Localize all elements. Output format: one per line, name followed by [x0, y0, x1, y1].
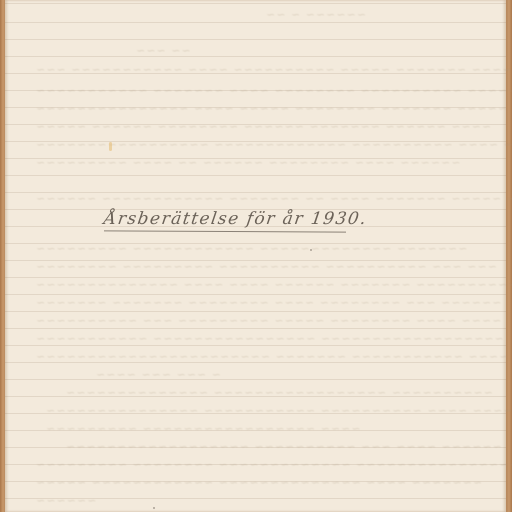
- bleed-through-line: ~~~~~~~~~~~~~~~~ ~~~~~~~~~~~~~ ~~~~~~~~ …: [35, 458, 512, 471]
- bleed-through-line: ~~ ~~~: [135, 44, 191, 57]
- paper-speck: [153, 507, 155, 509]
- bleed-through-line: ~~~~ ~~~~~~ ~~~~~~~ ~~~~~~ ~~~~~~~~ ~~~~…: [35, 120, 491, 133]
- bleed-through-line: ~ ~~~ ~~~ ~~~~: [95, 368, 221, 381]
- bleed-through-line: ~~~~~~~~~~ ~~~~~~~ ~~~~~~ ~~~~ ~~~~ ~~~~…: [35, 278, 512, 291]
- ruled-paper-page: ~~~~~~ ~ ~~ ~~ ~~~ ~~~~~ ~~~~~~~ ~~~~~ ~…: [5, 0, 506, 512]
- bleed-through-line: ~~~~~~~~~~~~~~~~~~ ~~~~~~~~~~~~~~~~ ~~~~…: [35, 332, 504, 345]
- bleed-through-line: ~~~~~ ~~~~~~~ ~~~~~ ~~~~~~~~~~ ~~~~ ~~~~…: [35, 63, 512, 76]
- paper-stain: [109, 142, 112, 151]
- bleed-through-line: ~~~~ ~~~~~ ~~~~~~~ ~~~~ ~~ ~~~~~~~ ~~~~~…: [35, 192, 512, 205]
- bleed-through-line: ~~~~~~ ~~~ ~~~~~~~~ ~~~~ ~~~~~~~~ ~~~~~~…: [35, 296, 501, 309]
- bleed-through-line: ~~ ~~~~ ~~~~~~~~~~ ~~~~~~~~~~~~~ ~~~~~~~…: [35, 138, 512, 151]
- bleed-through-line: ~~~~~ ~~~~~~~~~~ ~~~~~~~~ ~~~~ ~~~~~~~ ~…: [35, 84, 512, 97]
- bleed-through-line: ~~~~~~~ ~~~~ ~~~~~~~~~~~~~~ ~~~~~~~~~~~~…: [35, 476, 482, 489]
- bleed-through-line: ~~~~~~ ~~~~ ~~~ ~~~~~~~~~~ ~~~~~~~~~~~~~…: [65, 440, 502, 453]
- bleed-through-line: ~~~~ ~~~~ ~~~~~~~~ ~~~~~ ~~~~~~~~~ ~~~ ~…: [35, 314, 501, 327]
- document-heading: Årsberättelse för år 1930.: [103, 209, 346, 229]
- bleed-through-line: ~~~~~~ ~~~~ ~~~~~~~~ ~~~~~~ ~~ ~~~~ ~~~~…: [35, 156, 460, 169]
- bleed-through-line: ~~ ~~~~~ ~~~~~~~ ~~~~~~~~ ~~~~~ ~~~~ ~~~…: [35, 102, 512, 115]
- paper-speck: [310, 249, 312, 251]
- bleed-through-line: ~~~~ ~~~~~~~~~~~~~~~~~ ~~~~~~~~~: [45, 422, 361, 435]
- bleed-through-line: ~~~~~~~ ~~~~~~~~~~~~~ ~~~~~~~~~~~~ ~~~~~…: [35, 242, 467, 255]
- bleed-through-line: ~~~~~~~~~~ ~~~~~~~~~~~~~~~~~ ~~~~~~~~~~~…: [65, 386, 493, 399]
- bleed-through-line: ~~~ ~~~ ~~~~~~~~~~ ~~~~~~~~~~ ~~~~~~~~~ …: [35, 260, 497, 273]
- bleed-through-line: ~~~~ ~~~~~~~~~~~ ~~~~~~~ ~~~~~~~~~~~~~~~…: [35, 350, 508, 363]
- bleed-through-line: ~~~~~~: [35, 494, 96, 507]
- bleed-through-line: ~~~~~~ ~ ~~: [265, 8, 366, 21]
- bleed-through-line: ~~~~ ~~~~ ~~~~~~~~~~ ~~~~~~~~~~~ ~~~~~~~…: [45, 404, 512, 417]
